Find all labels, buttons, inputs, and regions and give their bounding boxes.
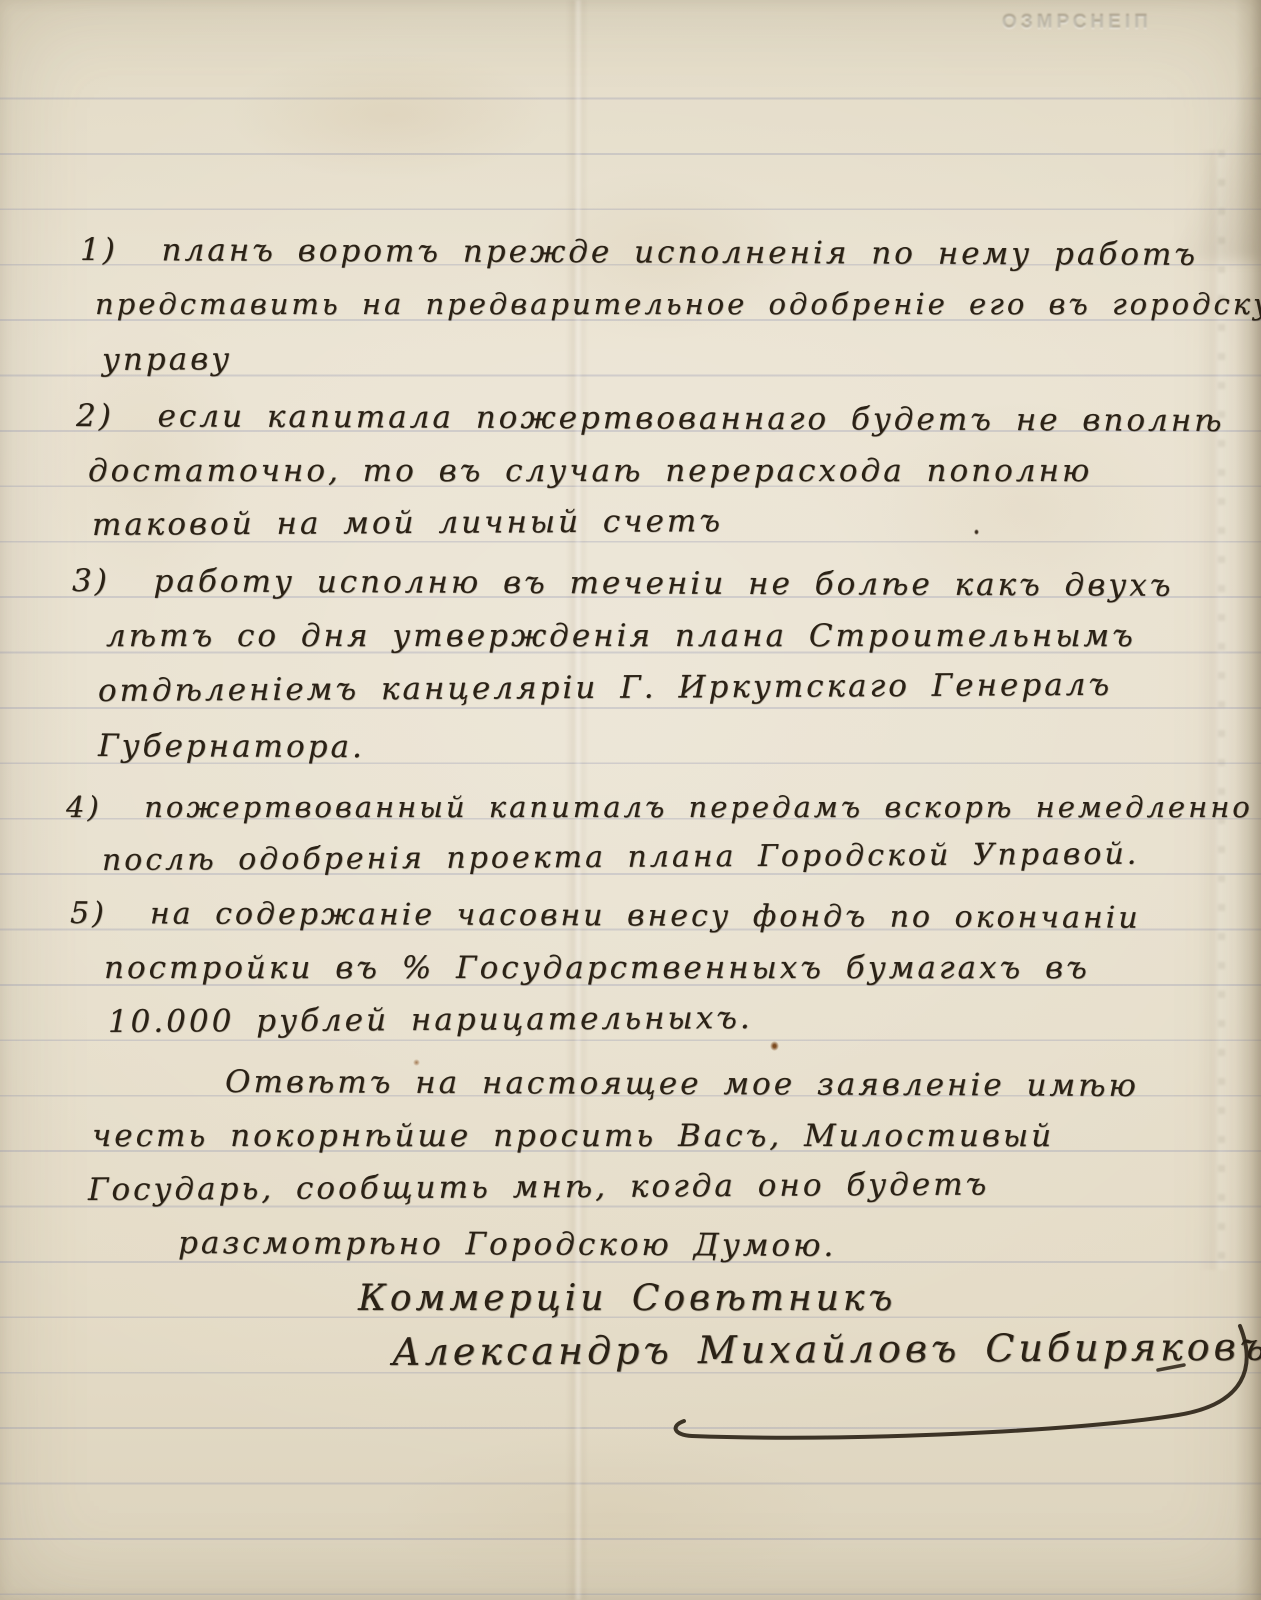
handwritten-line: 4) пожертвованный капиталъ передамъ вско…	[66, 790, 1253, 824]
embossed-stamp-illegible: ОЗМРСНЕІП	[1002, 12, 1212, 34]
manuscript-page: ОЗМРСНЕІП 1) планъ воротъ прежде исполне…	[0, 0, 1261, 1600]
handwritten-line: лѣтъ со дня утвержденія плана Строительн…	[106, 618, 1136, 654]
handwritten-line: Отвѣтъ на настоящее мое заявленіе имѣю	[225, 1064, 1139, 1104]
signature-title: Коммерціи Совѣтникъ	[358, 1278, 896, 1319]
handwritten-line: достаточно, то въ случаѣ перерасхода поп…	[88, 453, 1092, 489]
handwritten-line: 3) работу исполню въ теченіи не болѣе ка…	[72, 563, 1173, 604]
handwritten-line: отдѣленіемъ канцеляріи Г. Иркутскаго Ген…	[98, 667, 1112, 709]
handwritten-line: 2) если капитала пожертвованнаго будетъ …	[76, 398, 1225, 439]
handwritten-line: постройки въ % Государственныхъ бумагахъ…	[104, 950, 1090, 986]
handwritten-line: Государь, сообщить мнѣ, когда оно будетъ	[88, 1166, 990, 1208]
handwritten-line: 1) планъ воротъ прежде исполненія по нем…	[80, 232, 1198, 273]
handwritten-line: честь покорнѣйше просить Васъ, Милостивы…	[92, 1118, 1054, 1154]
handwritten-line: управу	[102, 341, 233, 378]
handwritten-line: таковой на мой личный счетъ	[92, 503, 723, 543]
signature-name: Александръ Михайловъ Сибиряковъ	[392, 1325, 1261, 1374]
handwritten-line: разсмотрѣно Городскою Думою.	[178, 1225, 836, 1264]
handwritten-line: послѣ одобренія проекта плана Городской …	[102, 837, 1140, 878]
handwritten-line: 10.000 рублей нарицательныхъ.	[108, 1000, 753, 1040]
handwritten-line: представить на предварительное одобреніе…	[95, 287, 1261, 321]
handwritten-line: 5) на содержаніе часовни внесу фондъ по …	[70, 896, 1141, 936]
handwritten-line: Губернатора.	[98, 728, 365, 765]
